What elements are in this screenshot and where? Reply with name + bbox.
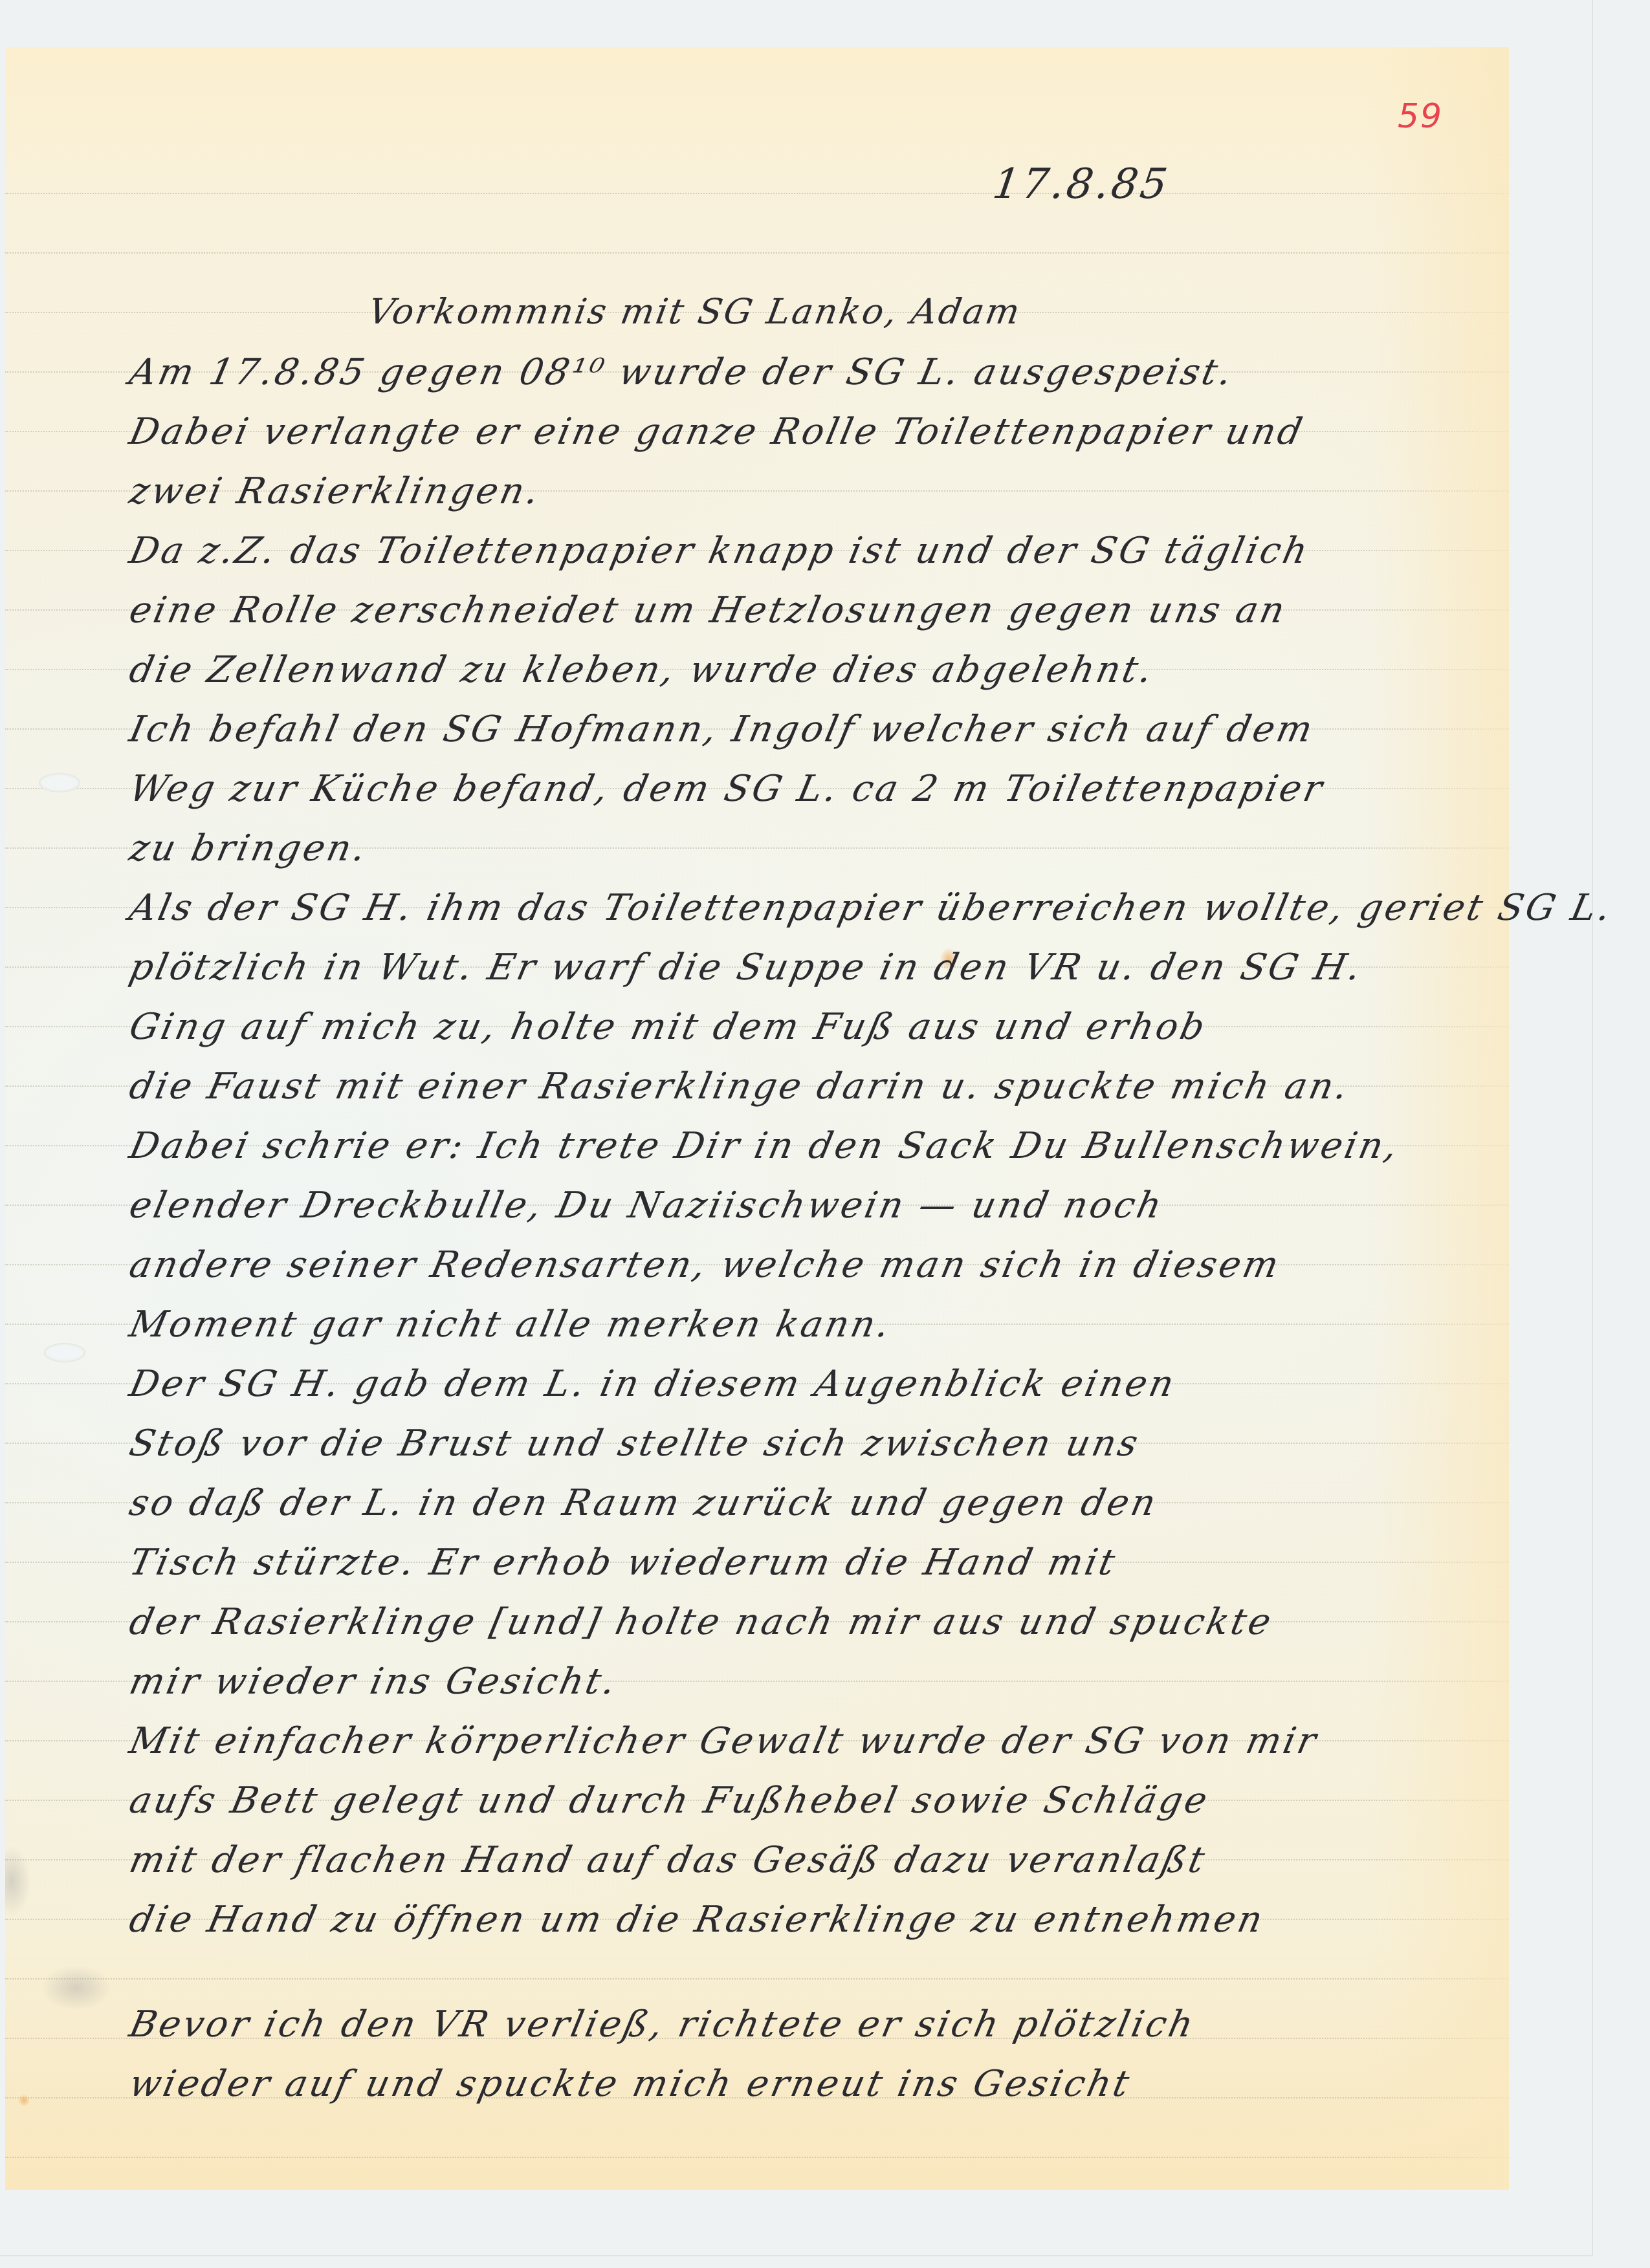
text-line: elender Dreckbulle, Du Naziischwein — un…	[126, 1188, 1167, 1224]
punch-hole-upper	[39, 773, 80, 792]
text-line: die Zellenwand zu kleben, wurde dies abg…	[126, 652, 1158, 688]
text-line: die Faust mit einer Rasierklinge darin u…	[126, 1069, 1354, 1105]
text-line: Da z.Z. das Toilettenpapier knapp ist un…	[126, 533, 1313, 569]
thumb-smudge	[41, 1965, 112, 2011]
text-line: Dabei schrie er: Ich trete Dir in den Sa…	[126, 1128, 1403, 1164]
text-line: plötzlich in Wut. Er warf die Suppe in d…	[126, 950, 1367, 986]
text-line: eine Rolle zerschneidet um Hetzlosungen …	[126, 593, 1290, 629]
text-line: Tisch stürzte. Er erhob wiederum die Han…	[126, 1545, 1121, 1581]
text-line: Dabei verlangte er eine ganze Rolle Toil…	[126, 414, 1308, 450]
document-date: 17.8.85	[990, 160, 1173, 208]
text-line: Der SG H. gab dem L. in diesem Augenblic…	[126, 1366, 1180, 1402]
text-line: Moment gar nicht alle merken kann.	[126, 1307, 895, 1343]
text-line: der Rasierklinge [und] holte nach mir au…	[126, 1604, 1277, 1641]
text-line: Am 17.8.85 gegen 08¹⁰ wurde der SG L. au…	[126, 354, 1237, 391]
text-line: mit der flachen Hand auf das Gesäß dazu …	[126, 1842, 1210, 1879]
ink-smudge	[5, 1846, 31, 1917]
text-line: andere seiner Redensarten, welche man si…	[126, 1247, 1284, 1283]
text-line: zwei Rasierklingen.	[126, 474, 544, 510]
text-line: wieder auf und spuckte mich erneut ins G…	[126, 2066, 1134, 2102]
orange-stain-dot	[18, 2095, 30, 2106]
punch-hole-lower	[44, 1343, 85, 1362]
text-line: Ich befahl den SG Hofmann, Ingolf welche…	[126, 712, 1318, 748]
text-line: Mit einfacher körperlicher Gewalt wurde …	[126, 1723, 1321, 1760]
text-line: die Hand zu öffnen um die Rasierklinge z…	[126, 1902, 1268, 1938]
text-line: Als der SG H. ihm das Toilettenpapier üb…	[126, 890, 1616, 926]
text-line: mir wieder ins Gesicht.	[126, 1664, 621, 1700]
document-title: Vorkommnis mit SG Lanko, Adam	[365, 291, 1024, 332]
text-line: Ging auf mich zu, holte mit dem Fuß aus …	[126, 1009, 1210, 1045]
text-line: Bevor ich den VR verließ, richtete er si…	[126, 2007, 1199, 2043]
text-line: so daß der L. in den Raum zurück und geg…	[126, 1485, 1161, 1521]
text-line: aufs Bett gelegt und durch Fußhebel sowi…	[126, 1783, 1213, 1819]
text-line: zu bringen.	[126, 831, 371, 867]
text-line: Stoß vor die Brust und stellte sich zwis…	[126, 1426, 1143, 1462]
folio-number: 59	[1398, 97, 1443, 136]
text-line: Weg zur Küche befand, dem SG L. ca 2 m T…	[126, 771, 1328, 807]
